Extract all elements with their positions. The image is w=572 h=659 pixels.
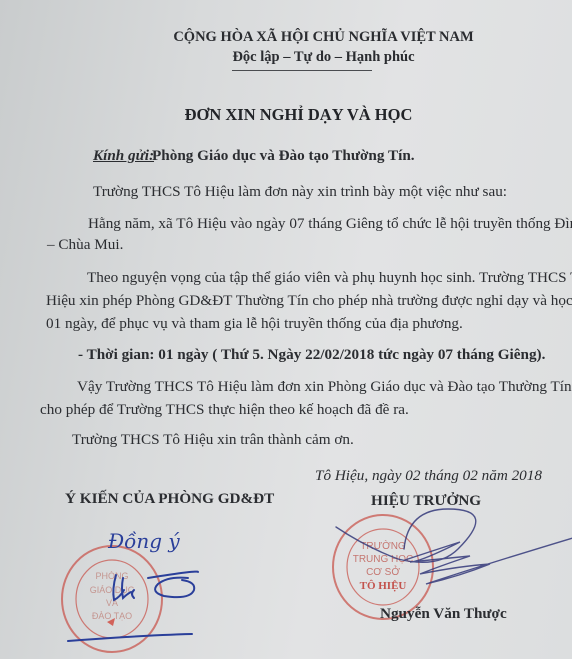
right-stamp-school: TÔ HIỆU xyxy=(360,579,407,592)
signer-name: Nguyễn Văn Thược xyxy=(380,605,507,623)
right-stamp-text-2: TRUNG HỌC xyxy=(353,554,414,565)
right-stamp-text-3: CƠ SỞ xyxy=(366,565,400,578)
